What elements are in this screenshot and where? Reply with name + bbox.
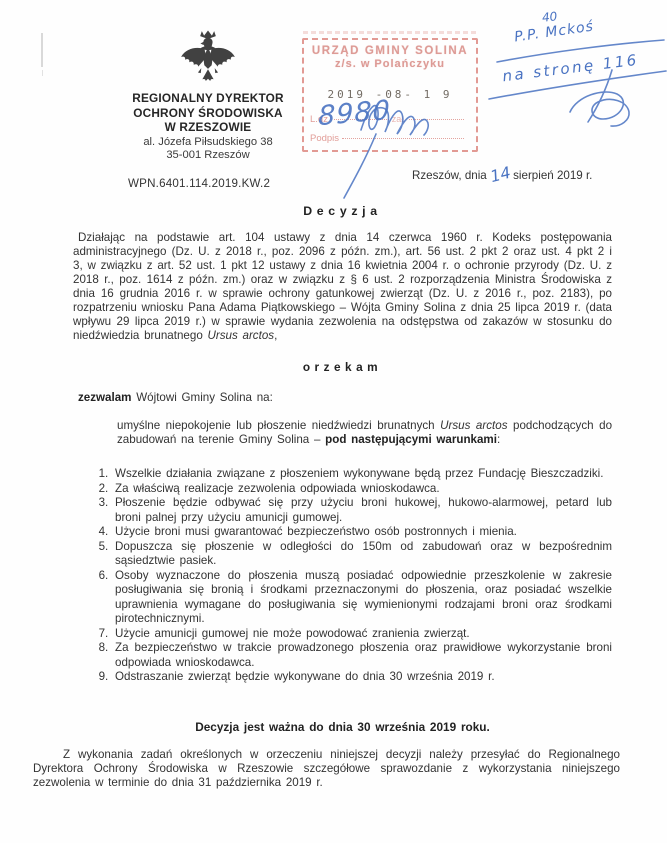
grant-line: zezwalam Wójtowi Gminy Solina na: — [73, 391, 612, 405]
condition-item: Osoby wyznaczone do płoszenia muszą posi… — [113, 569, 612, 627]
species-name: Ursus arctos — [440, 419, 507, 432]
condition-item: Odstraszanie zwierząt będzie wykonywane … — [113, 670, 612, 685]
condition-item: Płoszenie będzie odbywać się przy użyciu… — [113, 496, 612, 525]
legal-basis-tail: , — [274, 329, 277, 342]
stamp-smudge — [303, 31, 477, 34]
permit-scope-paragraph: umyślne niepokojenie lub płoszenie niedź… — [117, 419, 612, 447]
handwritten-note-line3: na stronę 116 — [501, 51, 639, 86]
handwritten-note-line1: 40 — [541, 9, 558, 25]
scope-text: umyślne niepokojenie lub płoszenie niedź… — [117, 419, 440, 432]
grant-recipient: Wójtowi Gminy Solina na: — [132, 391, 273, 404]
dateline-prefix: Rzeszów, dnia — [412, 169, 487, 182]
ruling-word: orzekam — [73, 360, 612, 374]
condition-item: Za bezpieczeństwo w trakcie prowadzonego… — [113, 641, 612, 670]
document-title: Decyzja — [73, 204, 612, 218]
scanned-decision-page: REGIONALNY DYREKTOR OCHRONY ŚRODOWISKA W… — [0, 0, 667, 843]
stamp-signature-label: Podpis — [310, 133, 339, 144]
scan-artifact-dash — [42, 70, 43, 76]
handwritten-day: 14 — [488, 163, 512, 186]
scope-conditions-intro: pod następującymi warunkami — [325, 433, 497, 446]
condition-item: Użycie broni musi gwarantować bezpieczeń… — [113, 525, 612, 540]
org-name-line2: OCHRONY ŚRODOWISKA — [118, 106, 298, 121]
grant-verb: zezwalam — [78, 391, 132, 404]
condition-item: Wszelkie działania związane z płoszeniem… — [113, 467, 612, 482]
stamp-zal-label: zał. — [392, 114, 406, 124]
condition-item: Dopuszcza się płoszenie w odległości do … — [113, 540, 612, 569]
closing-paragraph: Z wykonania zadań określonych w orzeczen… — [33, 748, 620, 790]
reference-number: WPN.6401.114.2019.KW.2 — [128, 177, 270, 190]
org-address-street: al. Józefa Piłsudskiego 38 — [118, 136, 298, 150]
note-signature-stroke — [588, 70, 612, 122]
legal-basis-text: Działając na podstawie art. 104 ustawy z… — [73, 231, 612, 342]
stamp-office-line1: URZĄD GMINY SOLINA — [304, 45, 476, 57]
legal-basis-paragraph: Działając na podstawie art. 104 ustawy z… — [73, 231, 612, 343]
dateline-suffix: sierpień 2019 r. — [513, 169, 592, 182]
stamp-office-line2: z/s. w Polańczyku — [304, 58, 476, 70]
org-address-city: 35-001 Rzeszów — [118, 149, 298, 163]
condition-item: Użycie amunicji gumowej nie może powodow… — [113, 627, 612, 642]
receipt-stamp: URZĄD GMINY SOLINA z/s. w Polańczyku 201… — [302, 38, 478, 152]
condition-item: Za właściwą realizacje zezwolenia odpowi… — [113, 482, 612, 497]
scope-tail: : — [497, 433, 500, 446]
note-signature-stroke — [570, 92, 629, 126]
org-name-line3: W RZESZOWIE — [118, 120, 298, 135]
handwritten-ldz-number: 8980 — [318, 95, 391, 133]
scan-artifact-line — [41, 33, 43, 67]
org-name-line1: REGIONALNY DYREKTOR — [118, 91, 298, 106]
validity-statement: Decyzja jest ważna do dnia 30 września 2… — [73, 720, 612, 734]
document-body: Decyzja Działając na podstawie art. 104 … — [73, 204, 612, 790]
dotted-line — [342, 138, 464, 139]
species-name: Ursus arctos — [208, 329, 275, 342]
polish-eagle-emblem-icon — [180, 27, 236, 89]
dotted-line — [409, 119, 464, 120]
stamp-signature-row: Podpis — [310, 133, 467, 144]
letterhead: REGIONALNY DYREKTOR OCHRONY ŚRODOWISKA W… — [118, 27, 298, 163]
dateline: Rzeszów, dnia14sierpień 2019 r. — [412, 164, 592, 183]
conditions-list: Wszelkie działania związane z płoszeniem… — [73, 467, 612, 685]
